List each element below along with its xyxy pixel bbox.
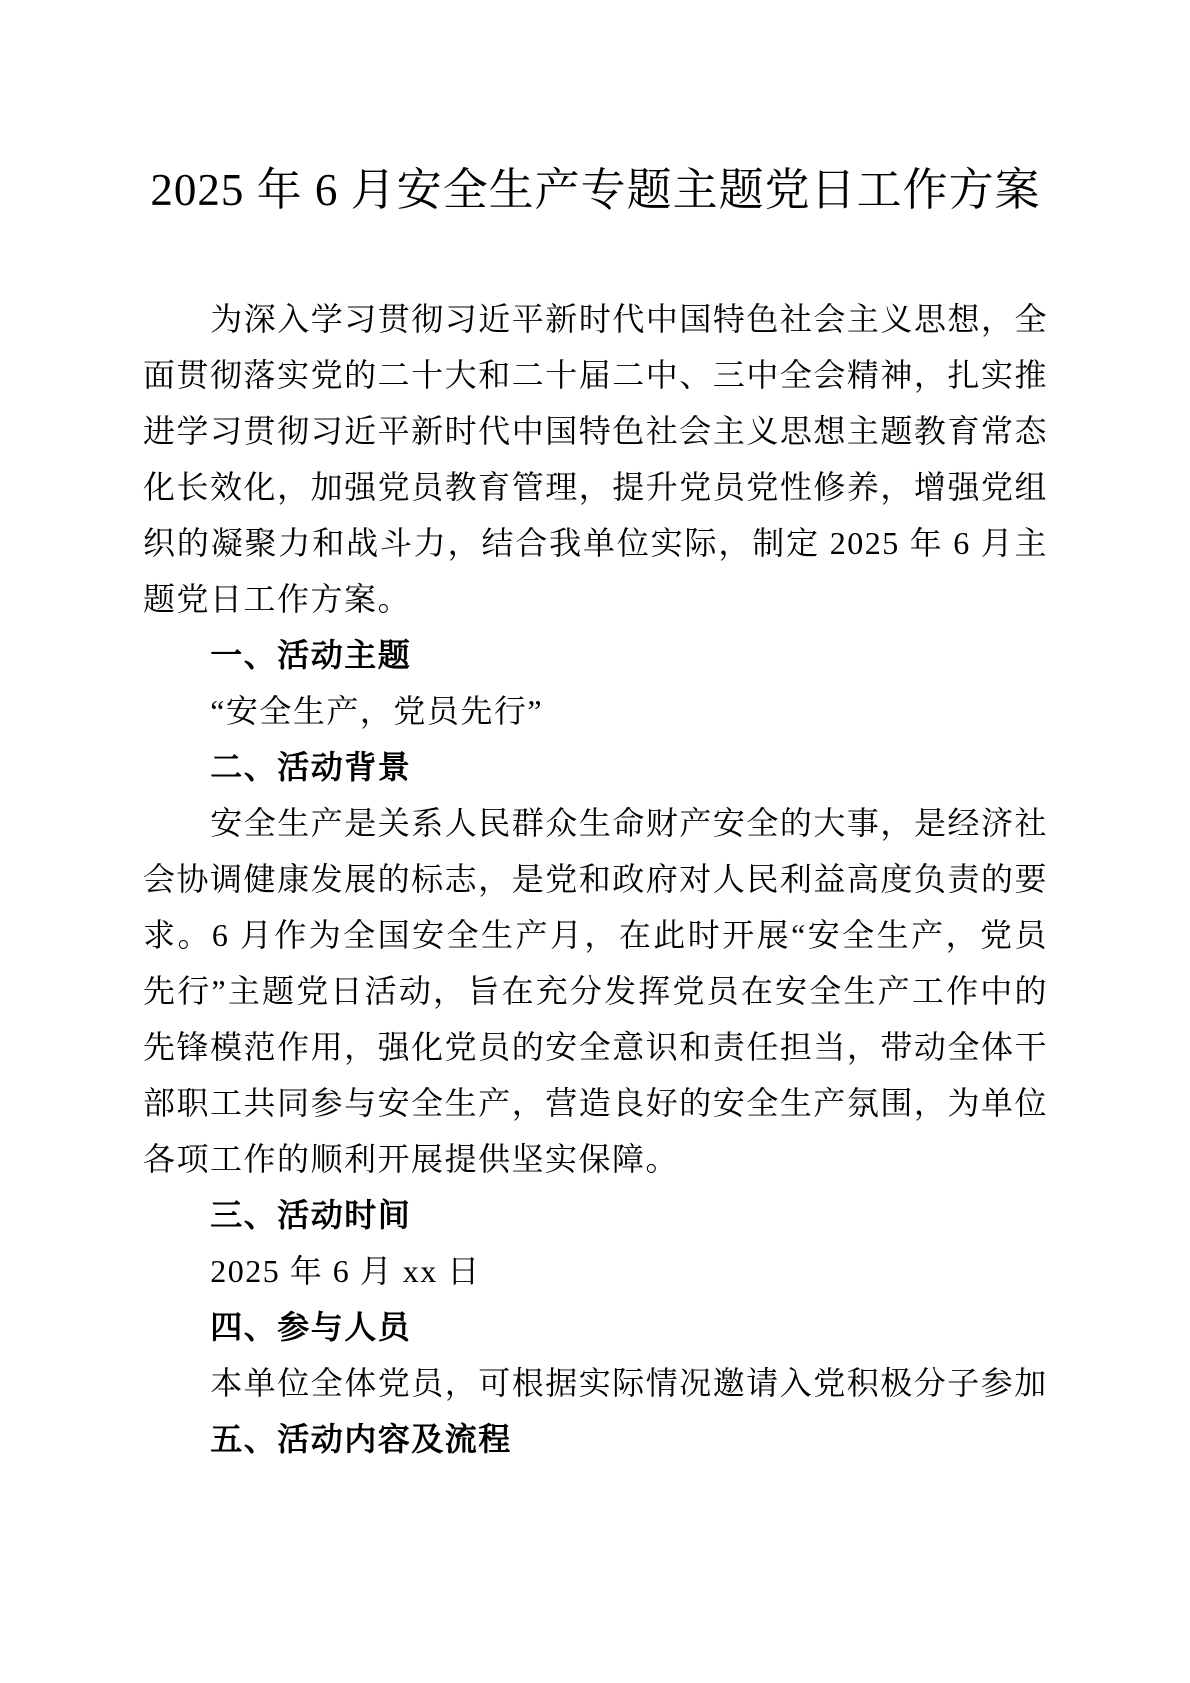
activity-theme-quote: “安全生产，党员先行” <box>143 683 1048 739</box>
section-heading-activity-theme: 一、活动主题 <box>143 627 1048 683</box>
document-title: 2025 年 6 月安全生产专题主题党日工作方案 <box>143 158 1048 222</box>
activity-time-text: 2025 年 6 月 xx 日 <box>143 1243 1048 1299</box>
document-page: 2025 年 6 月安全生产专题主题党日工作方案 为深入学习贯彻习近平新时代中国… <box>0 0 1190 1683</box>
intro-paragraph: 为深入学习贯彻习近平新时代中国特色社会主义思想，全面贯彻落实党的二十大和二十届二… <box>143 291 1048 627</box>
section-heading-activity-content-flow: 五、活动内容及流程 <box>143 1411 1048 1467</box>
section-heading-activity-time: 三、活动时间 <box>143 1187 1048 1243</box>
participants-text: 本单位全体党员，可根据实际情况邀请入党积极分子参加 <box>143 1355 1048 1411</box>
document-body: 为深入学习贯彻习近平新时代中国特色社会主义思想，全面贯彻落实党的二十大和二十届二… <box>143 291 1048 1467</box>
section-heading-participants: 四、参与人员 <box>143 1299 1048 1355</box>
activity-background-paragraph: 安全生产是关系人民群众生命财产安全的大事，是经济社会协调健康发展的标志，是党和政… <box>143 795 1048 1187</box>
section-heading-activity-background: 二、活动背景 <box>143 739 1048 795</box>
